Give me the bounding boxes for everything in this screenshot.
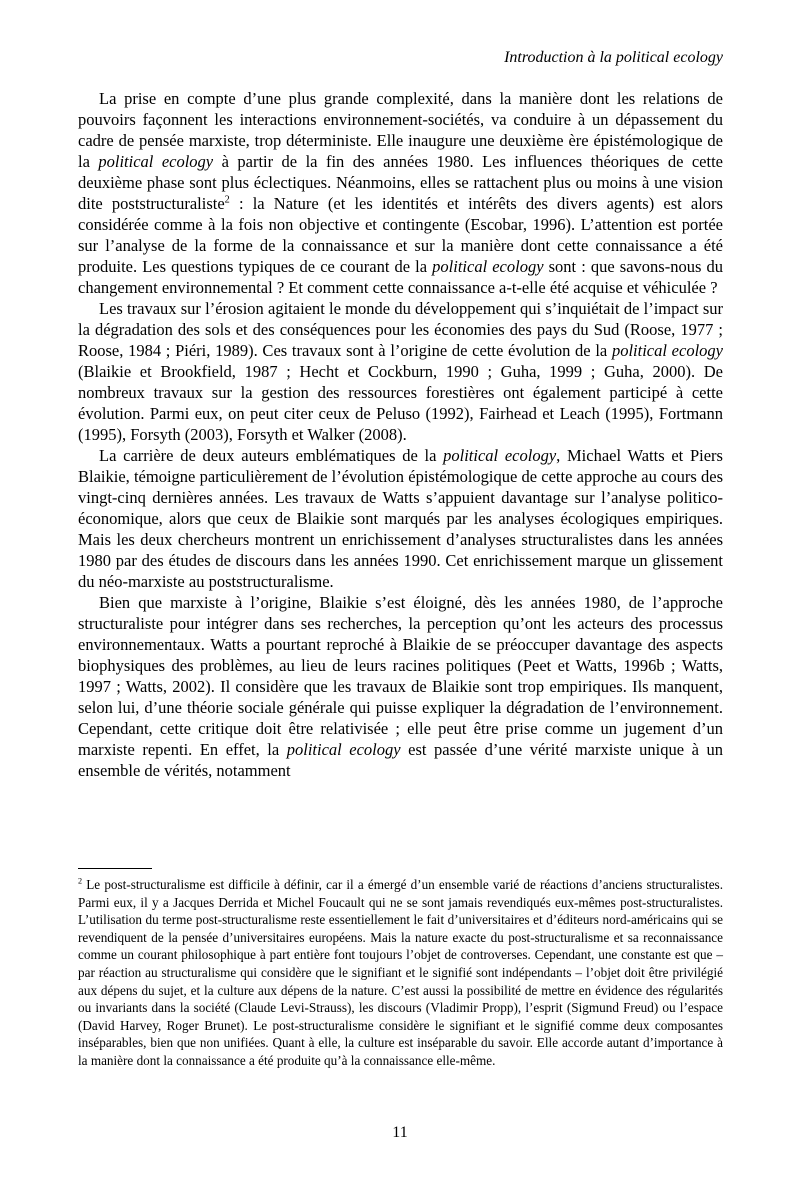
paragraph: Les travaux sur l’érosion agitaient le m…	[78, 298, 723, 445]
italic-text-run: political ecology	[432, 257, 543, 276]
paragraph: Bien que marxiste à l’origine, Blaikie s…	[78, 592, 723, 781]
italic-text-run: political ecology	[612, 341, 723, 360]
text-run: Bien que marxiste à l’origine, Blaikie s…	[78, 593, 723, 759]
text-run: Le post-structuralisme est difficile à d…	[78, 877, 723, 1068]
body-paragraphs: La prise en compte d’une plus grande com…	[78, 88, 723, 781]
paragraph: La carrière de deux auteurs emblématique…	[78, 445, 723, 592]
footnote-separator	[78, 868, 152, 869]
document-page: Introduction à la political ecology La p…	[0, 0, 800, 1200]
footnote: 2 Le post-structuralisme est difficile à…	[78, 876, 723, 1070]
page-number: 11	[0, 1124, 800, 1142]
italic-text-run: political ecology	[287, 740, 401, 759]
text-run: (Blaikie et Brookfield, 1987 ; Hecht et …	[78, 362, 723, 444]
running-head: Introduction à la political ecology	[78, 48, 723, 68]
italic-text-run: political ecology	[98, 152, 213, 171]
italic-text-run: political ecology	[443, 446, 556, 465]
paragraph: La prise en compte d’une plus grande com…	[78, 88, 723, 298]
text-run: , Michael Watts et Piers Blaikie, témoig…	[78, 446, 723, 591]
footnote-text: 2 Le post-structuralisme est difficile à…	[78, 877, 723, 1068]
text-run: La carrière de deux auteurs emblématique…	[99, 446, 443, 465]
